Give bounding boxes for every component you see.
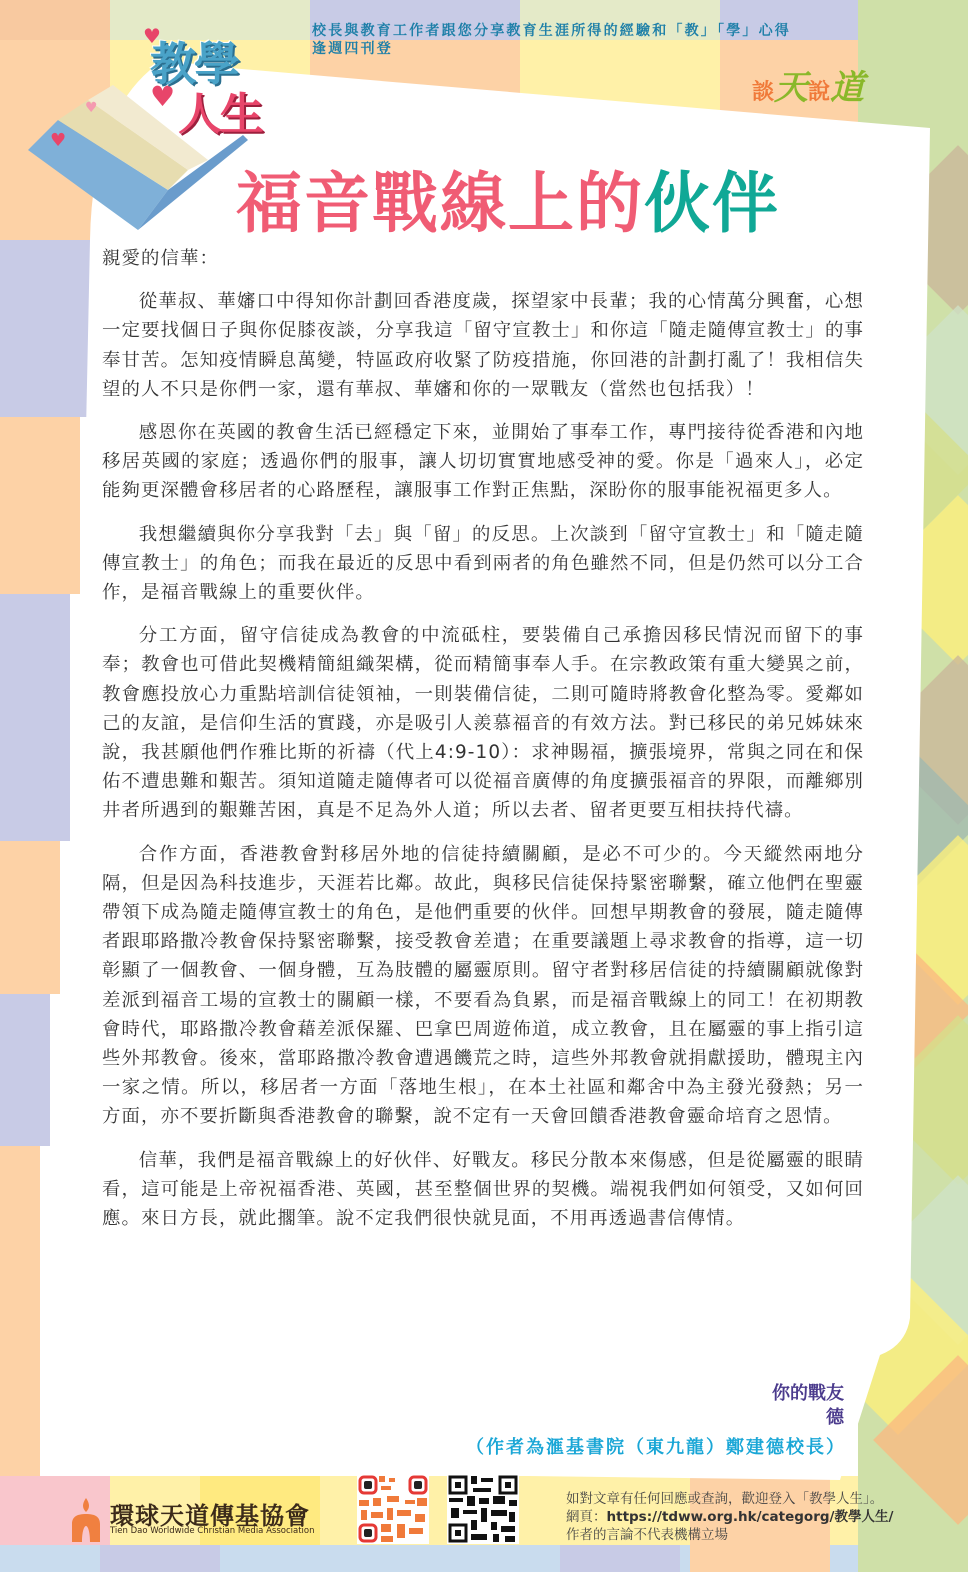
heart-icon: ♥ bbox=[85, 100, 98, 116]
title-part-teal: 伙伴 bbox=[644, 165, 780, 242]
closing: 你的戰友 bbox=[772, 1382, 844, 1406]
logo-line-2: 人生 bbox=[178, 78, 262, 142]
header-tagline: 校長與教育工作者跟您分享教育生涯所得的經驗和「教」「學」心得 逢週四刊登 bbox=[312, 22, 791, 58]
paragraph: 從華叔、華嬸口中得知你計劃回香港度歲，探望家中長輩；我的心情萬分興奮，心想一定要… bbox=[102, 287, 864, 404]
contact-line: 如對文章有任何回應或查詢，歡迎登入「教學人生」。 bbox=[566, 1490, 893, 1508]
article-title: 福音戰線上的伙伴 bbox=[236, 150, 780, 245]
column-logo: 教學 人生 bbox=[140, 28, 270, 158]
series-logo-char: 天 bbox=[774, 68, 808, 108]
url-label: 網頁： bbox=[566, 1509, 607, 1525]
paragraph: 感恩你在英國的教會生活已經穩定下來，並開始了事奉工作，專門接待從香港和內地移居英… bbox=[102, 418, 864, 506]
article-body: 親愛的信華： 從華叔、華嬸口中得知你計劃回香港度歲，探望家中長輩；我的心情萬分興… bbox=[102, 244, 864, 1247]
tagline-text: 校長與教育工作者跟您分享教育生涯所得的經驗和「教」「學」心得 bbox=[312, 22, 791, 40]
series-logo-char: 說 bbox=[808, 80, 830, 105]
schedule-text: 逢週四刊登 bbox=[312, 40, 791, 58]
series-logo-char: 道 bbox=[830, 68, 864, 108]
signature-block: 你的戰友 德 bbox=[772, 1382, 844, 1430]
salutation: 親愛的信華： bbox=[102, 244, 864, 273]
paragraph: 信華，我們是福音戰線上的好伙伴、好戰友。移民分散本來傷感，但是從屬靈的眼睛看，這… bbox=[102, 1146, 864, 1234]
contact-info: 如對文章有任何回應或查詢，歡迎登入「教學人生」。 網頁：https://tdww… bbox=[566, 1490, 893, 1544]
heart-icon: ♥ bbox=[50, 130, 66, 151]
series-logo: 談天說道 bbox=[752, 60, 864, 109]
qr-code-orange[interactable] bbox=[357, 1474, 429, 1544]
qr-code-black[interactable] bbox=[447, 1474, 519, 1544]
title-part-pink: 福音戰線上的 bbox=[236, 165, 644, 242]
disclaimer: 作者的言論不代表機構立場 bbox=[566, 1526, 893, 1544]
org-name-en: Tien Dao Worldwide Christian Media Assoc… bbox=[110, 1526, 315, 1536]
flame-logo-icon bbox=[68, 1498, 104, 1542]
series-logo-char: 談 bbox=[752, 80, 774, 105]
signature-name: 德 bbox=[772, 1406, 844, 1430]
author-note: （作者為滙基書院（東九龍）鄭建德校長） bbox=[466, 1433, 846, 1459]
paragraph: 我想繼續與你分享我對「去」與「留」的反思。上次談到「留守宣教士」和「隨走隨傳宣教… bbox=[102, 520, 864, 608]
paragraph: 合作方面，香港教會對移居外地的信徒持續關顧，是必不可少的。今天縱然兩地分隔，但是… bbox=[102, 840, 864, 1132]
website-link[interactable]: https://tdww.org.hk/categorg/教學人生/ bbox=[607, 1509, 894, 1525]
paragraph: 分工方面，留守信徒成為教會的中流砥柱，要裝備自己承擔因移民情況而留下的事奉；教會… bbox=[102, 621, 864, 825]
